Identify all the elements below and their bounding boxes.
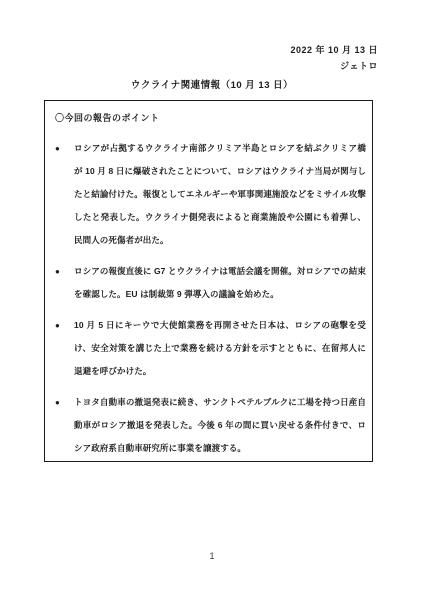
bullet-icon: ● bbox=[55, 391, 74, 414]
document-title: ウクライナ関連情報（10 月 13 日） bbox=[0, 77, 424, 91]
page-number: 1 bbox=[0, 551, 424, 561]
bullet-icon: ● bbox=[55, 314, 74, 337]
bullet-text: ロシアの報復直後に G7 とウクライナは電話会議を開催。対ロシアでの結束を確認し… bbox=[74, 260, 366, 306]
bullet-icon: ● bbox=[55, 260, 74, 283]
points-heading: 〇今回の報告のポイント bbox=[55, 111, 366, 124]
bullet-item: ● 10 月 5 日にキーウで大使館業務を再開させた日本は、ロシアの砲撃を受け、… bbox=[55, 314, 366, 383]
bullet-item: ● ロシアの報復直後に G7 とウクライナは電話会議を開催。対ロシアでの結束を確… bbox=[55, 260, 366, 306]
document-page: 2022 年 10 月 13 日 ジェトロ ウクライナ関連情報（10 月 13 … bbox=[0, 0, 424, 600]
bullet-icon: ● bbox=[55, 137, 74, 160]
bullet-item: ● トヨタ自動車の撤退発表に続き、サンクトペテルブルクに工場を持つ日産自動車がロ… bbox=[55, 391, 366, 460]
bullet-text: 10 月 5 日にキーウで大使館業務を再開させた日本は、ロシアの砲撃を受け、安全… bbox=[74, 314, 366, 383]
bullet-text: ロシアが占拠するウクライナ南部クリミア半島とロシアを結ぶクリミア橋が 10 月 … bbox=[74, 137, 366, 252]
bullet-text: トヨタ自動車の撤退発表に続き、サンクトペテルブルクに工場を持つ日産自動車がロシア… bbox=[74, 391, 366, 460]
bullet-item: ● ロシアが占拠するウクライナ南部クリミア半島とロシアを結ぶクリミア橋が 10 … bbox=[55, 137, 366, 252]
organization-name: ジェトロ bbox=[340, 59, 378, 72]
summary-points-box: 〇今回の報告のポイント ● ロシアが占拠するウクライナ南部クリミア半島とロシアを… bbox=[44, 100, 373, 462]
report-date: 2022 年 10 月 13 日 bbox=[290, 43, 378, 56]
